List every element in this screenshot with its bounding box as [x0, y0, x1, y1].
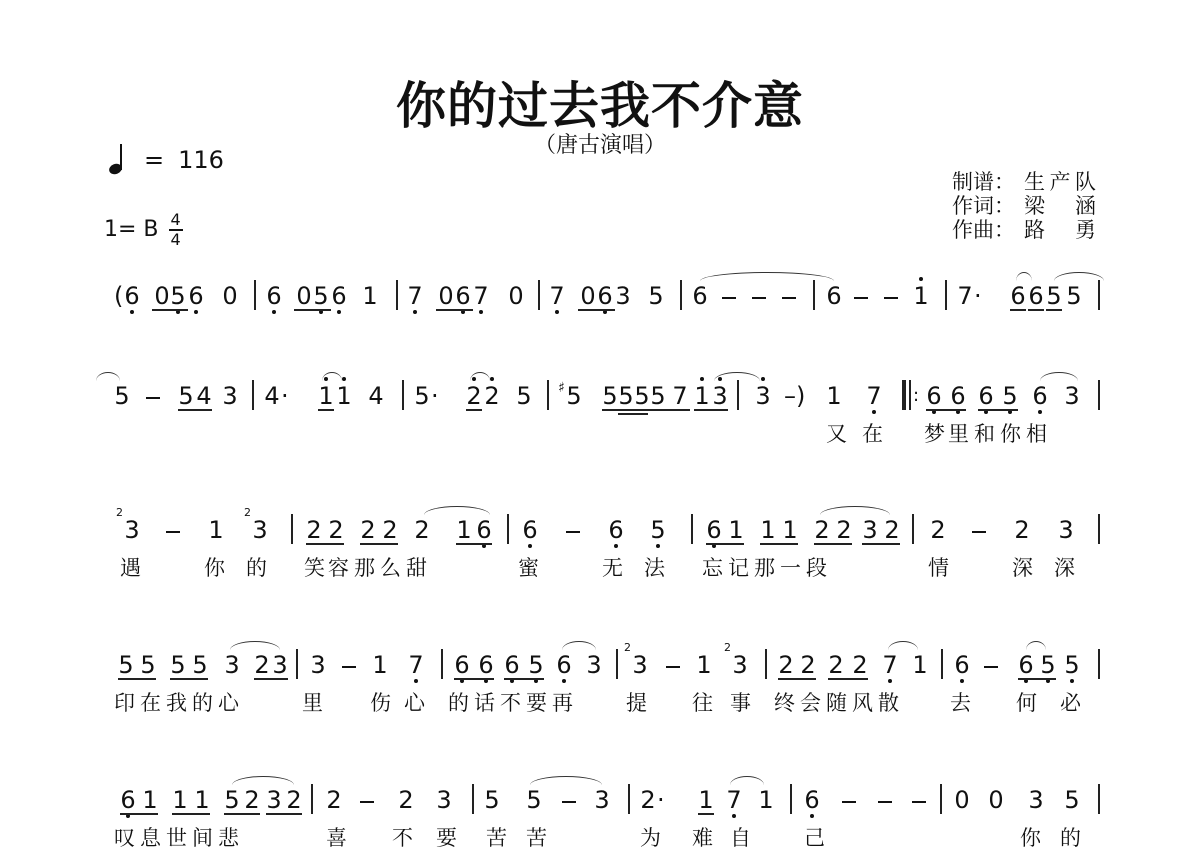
barline [680, 280, 682, 310]
underline-beam [978, 409, 1018, 411]
note: 7 [882, 651, 898, 679]
underline-beam [862, 543, 900, 545]
barline [628, 784, 630, 814]
dash [360, 801, 374, 803]
low-octave-dot [510, 679, 514, 683]
barline [1098, 380, 1100, 410]
note: 5 [114, 382, 130, 410]
underline-beam [456, 543, 492, 545]
low-octave-dot [562, 679, 566, 683]
lyric: 么 [380, 552, 401, 582]
underline-beam [152, 309, 188, 311]
lyric: 里 [302, 687, 323, 717]
low-octave-dot [414, 679, 418, 683]
credits: 制谱： 生产队 作词： 梁涵 作曲： 路勇 [952, 170, 1096, 242]
note: 5 [602, 382, 618, 410]
underline-beam [120, 813, 158, 815]
note: 3 [310, 651, 326, 679]
note: 1 [758, 786, 774, 814]
note: 6 [120, 786, 136, 814]
barline [1098, 649, 1100, 679]
lyric: 随 [826, 687, 847, 717]
lyric: 那 [354, 552, 375, 582]
note: 3 [712, 382, 728, 410]
note: 1 [913, 282, 929, 310]
grace-note: 2 [624, 641, 631, 654]
barline [441, 649, 443, 679]
lyric: 再 [552, 687, 573, 717]
note: 6 [455, 282, 471, 310]
underline-beam [1018, 678, 1056, 680]
slur [530, 776, 602, 785]
lyric: 散 [878, 687, 899, 717]
note: 1 [362, 282, 378, 310]
dash [666, 666, 680, 668]
note: 3 [615, 282, 631, 310]
note: 1 [696, 651, 712, 679]
key-signature: 1= B 4 4 [104, 212, 183, 248]
repeat-start-barline [902, 380, 906, 410]
note: 0 [154, 282, 170, 310]
low-octave-dot [484, 679, 488, 683]
credit-lyricist: 作词： 梁涵 [952, 194, 1096, 218]
lyric: 必 [1060, 687, 1081, 717]
lyric: 息 [140, 822, 161, 850]
note: 3 [436, 786, 452, 814]
note: 2 [1014, 516, 1030, 544]
underline-beam [172, 813, 210, 815]
lyric: 情 [928, 552, 949, 582]
lyric: 容 [328, 552, 349, 582]
high-octave-dot [342, 377, 346, 381]
note: 5 [118, 651, 134, 679]
note: 1 [142, 786, 158, 814]
lyric: 里 [948, 418, 969, 448]
dash [878, 801, 892, 803]
note: 3 [594, 786, 610, 814]
underline-beam [1010, 309, 1026, 311]
slur [96, 372, 120, 381]
notation-symbol: ( [114, 282, 123, 310]
grace-note: 2 [724, 641, 731, 654]
note: 1 [760, 516, 776, 544]
barline [296, 649, 298, 679]
lyric: 不 [392, 822, 413, 850]
underline-beam [466, 409, 482, 411]
note: 2 [398, 786, 414, 814]
lyric: 的 [448, 687, 469, 717]
underline-beam [294, 309, 331, 311]
lyric: 在 [862, 418, 883, 448]
dash [884, 297, 898, 299]
slur [1040, 372, 1078, 381]
lyric: 事 [730, 687, 751, 717]
tempo-bpm: 116 [178, 146, 224, 174]
slur [322, 372, 342, 381]
note: 3 [586, 651, 602, 679]
note: 4 [368, 382, 384, 410]
low-octave-dot [534, 679, 538, 683]
note: 3 [1058, 516, 1074, 544]
dash [842, 801, 856, 803]
note: 3 [862, 516, 878, 544]
lyric: 深 [1012, 552, 1033, 582]
underline-beam [178, 409, 212, 411]
dash [722, 297, 736, 299]
note: 5 [170, 282, 186, 310]
low-octave-dot [732, 814, 736, 818]
barline [538, 280, 540, 310]
lyric: 你 [1000, 418, 1021, 448]
lyric: 甜 [406, 552, 427, 582]
lyric: 何 [1016, 687, 1037, 717]
note: 2 [382, 516, 398, 544]
note: 7 [726, 786, 742, 814]
note: 6 [954, 651, 970, 679]
dash [166, 531, 180, 533]
slur [888, 641, 918, 650]
high-octave-dot [490, 377, 494, 381]
low-octave-dot [319, 310, 323, 314]
barline [252, 380, 254, 410]
low-octave-dot [130, 310, 134, 314]
note: 1 [782, 516, 798, 544]
note: 5 [1002, 382, 1018, 410]
low-octave-dot [461, 310, 465, 314]
low-octave-dot [272, 310, 276, 314]
key-label: 1= B [104, 217, 159, 242]
note: 7 [957, 282, 973, 310]
low-octave-dot [413, 310, 417, 314]
note: 5 [192, 651, 208, 679]
lyric: 会 [800, 687, 821, 717]
note: 5 [1046, 282, 1062, 310]
lyric: 笑 [304, 552, 325, 582]
lyric: 的 [246, 552, 267, 582]
low-octave-dot [956, 410, 960, 414]
dash [752, 297, 766, 299]
lyric: 己 [804, 822, 825, 850]
low-octave-dot [1070, 679, 1074, 683]
note: 3 [1028, 786, 1044, 814]
low-octave-dot [1008, 410, 1012, 414]
underline-beam [760, 543, 798, 545]
note: 2 [640, 786, 656, 814]
lyric: 间 [192, 822, 213, 850]
note: 6 [926, 382, 942, 410]
lyric: 苦 [486, 822, 507, 850]
lyric: 要 [526, 687, 547, 717]
note: 6 [1032, 382, 1048, 410]
note: 7 [866, 382, 882, 410]
lyric: 又 [826, 418, 847, 448]
slur [230, 641, 280, 650]
lyric: 深 [1054, 552, 1075, 582]
underline-beam [306, 543, 344, 545]
low-octave-dot [888, 679, 892, 683]
high-octave-dot [761, 377, 765, 381]
note: 2 [828, 651, 844, 679]
lyric: 在 [140, 687, 161, 717]
lyric: 苦 [526, 822, 547, 850]
note: 6 [522, 516, 538, 544]
lyric: 提 [626, 687, 647, 717]
note: 3 [266, 786, 282, 814]
barline [311, 784, 313, 814]
tempo-marking: = 116 [108, 144, 224, 176]
low-octave-dot [460, 679, 464, 683]
slur [1054, 272, 1104, 281]
dash [782, 297, 796, 299]
note: 7 [672, 382, 688, 410]
note: 1 [318, 382, 334, 410]
note: 6 [950, 382, 966, 410]
note: 1 [826, 382, 842, 410]
note: 6 [1028, 282, 1044, 310]
dash [854, 297, 868, 299]
note: 2 [254, 651, 270, 679]
note: 1 [912, 651, 928, 679]
barline [912, 514, 914, 544]
lyric: 喜 [326, 822, 347, 850]
note: 3 [224, 651, 240, 679]
grace-note: 2 [244, 506, 251, 519]
lyric: 为 [640, 822, 661, 850]
barline [396, 280, 398, 310]
dash [984, 666, 998, 668]
slur [820, 506, 890, 515]
note: 6 [124, 282, 140, 310]
barline [472, 784, 474, 814]
note: 5 [178, 382, 194, 410]
note: 4 [264, 382, 280, 410]
note: 1 [172, 786, 188, 814]
note: 6 [556, 651, 572, 679]
note: 3 [124, 516, 140, 544]
note: 3 [1064, 382, 1080, 410]
underline-beam [778, 678, 816, 680]
barline [616, 649, 618, 679]
note: 5 [528, 651, 544, 679]
note: 6 [266, 282, 282, 310]
note: 5 [618, 382, 634, 410]
note: 1 [372, 651, 388, 679]
dash [342, 666, 356, 668]
note: 5 [1040, 651, 1056, 679]
note: 6 [978, 382, 994, 410]
low-octave-dot [194, 310, 198, 314]
credit-arranger: 制谱： 生产队 [952, 170, 1096, 194]
low-octave-dot [1024, 679, 1028, 683]
note: 0 [988, 786, 1004, 814]
note: 0 [508, 282, 524, 310]
lyric: 那 [754, 552, 775, 582]
note: 1 [456, 516, 472, 544]
note: 6 [706, 516, 722, 544]
underline-beam [814, 543, 852, 545]
note: 3 [755, 382, 771, 410]
note: 1 [698, 786, 714, 814]
underline-beam [224, 813, 260, 815]
note: 2 [360, 516, 376, 544]
lyric: 自 [730, 822, 751, 850]
low-octave-dot [1038, 410, 1042, 414]
slur [730, 776, 764, 785]
note: 5 [650, 382, 666, 410]
barline [507, 514, 509, 544]
lyric: 要 [436, 822, 457, 850]
lyric: 往 [692, 687, 713, 717]
note: 7 [473, 282, 489, 310]
notation-symbol: · [657, 786, 665, 814]
barline [402, 380, 404, 410]
lyric: 悲 [218, 822, 239, 850]
note: 6 [826, 282, 842, 310]
barline [1098, 514, 1100, 544]
lyric: 法 [644, 552, 665, 582]
note: 6 [608, 516, 624, 544]
dash [972, 531, 986, 533]
lyric: 蜜 [518, 552, 539, 582]
note: 3 [272, 651, 288, 679]
note: 5 [566, 382, 582, 410]
time-signature: 4 4 [169, 212, 183, 248]
low-octave-dot [126, 814, 130, 818]
low-octave-dot [337, 310, 341, 314]
note: 5 [516, 382, 532, 410]
lyric: 难 [692, 822, 713, 850]
high-octave-dot [700, 377, 704, 381]
barline [1098, 280, 1100, 310]
low-octave-dot [656, 544, 660, 548]
underline-beam [360, 543, 398, 545]
note: 5 [1064, 651, 1080, 679]
lyric: 记 [728, 552, 749, 582]
note: 2 [286, 786, 302, 814]
dash [566, 531, 580, 533]
lyric: 的 [1060, 822, 1081, 850]
lyric: 相 [1026, 418, 1047, 448]
lyric: 心 [218, 687, 239, 717]
lyric: 叹 [114, 822, 135, 850]
lyric: 印 [114, 687, 135, 717]
low-octave-dot [176, 310, 180, 314]
barline [941, 649, 943, 679]
notation-symbol: · [431, 382, 439, 410]
credit-composer: 作曲： 路勇 [952, 218, 1096, 242]
slur [1026, 641, 1046, 650]
note: 3 [732, 651, 748, 679]
note: 6 [597, 282, 613, 310]
note: 2 [884, 516, 900, 544]
note: 6 [478, 651, 494, 679]
note: 2 [244, 786, 260, 814]
note: 2 [814, 516, 830, 544]
lyric: 的 [192, 687, 213, 717]
double-beam [618, 413, 648, 415]
underline-beam [698, 813, 714, 815]
underline-beam [694, 409, 728, 411]
lyric: 遇 [120, 552, 141, 582]
lyric: 终 [774, 687, 795, 717]
barline [547, 380, 549, 410]
note: 6 [504, 651, 520, 679]
low-octave-dot [614, 544, 618, 548]
lyric: 你 [204, 552, 225, 582]
note: 1 [208, 516, 224, 544]
note: 5 [140, 651, 156, 679]
note: 2 [326, 786, 342, 814]
notation-symbol: –) [784, 382, 805, 410]
slur [562, 641, 596, 650]
barline [1098, 784, 1100, 814]
underline-beam [436, 309, 473, 311]
slur [1016, 272, 1032, 281]
note: 2 [328, 516, 344, 544]
low-octave-dot [932, 410, 936, 414]
lyric: 和 [974, 418, 995, 448]
note: 2 [484, 382, 500, 410]
note: 2 [930, 516, 946, 544]
low-octave-dot [482, 544, 486, 548]
underline-beam [118, 678, 156, 680]
barline [254, 280, 256, 310]
underline-beam [578, 309, 615, 311]
note: 0 [580, 282, 596, 310]
barline [909, 380, 911, 410]
note: 2 [414, 516, 430, 544]
low-octave-dot [479, 310, 483, 314]
note: 5 [313, 282, 329, 310]
note: 0 [296, 282, 312, 310]
dash [562, 801, 576, 803]
note: 1 [194, 786, 210, 814]
dash [912, 801, 926, 803]
note: 5 [634, 382, 650, 410]
low-octave-dot [960, 679, 964, 683]
note: 0 [438, 282, 454, 310]
note: 2 [466, 382, 482, 410]
high-octave-dot [919, 277, 923, 281]
barline [945, 280, 947, 310]
lyric: 不 [500, 687, 521, 717]
underline-beam [828, 678, 868, 680]
note: 6 [1010, 282, 1026, 310]
tempo-equals: = [144, 146, 164, 174]
note: 3 [632, 651, 648, 679]
note: 2 [800, 651, 816, 679]
underline-beam [926, 409, 966, 411]
grace-note: 2 [116, 506, 123, 519]
low-octave-dot [603, 310, 607, 314]
underline-beam [454, 678, 494, 680]
note: 7 [407, 282, 423, 310]
note: 6 [454, 651, 470, 679]
lyric: 我 [166, 687, 187, 717]
low-octave-dot [712, 544, 716, 548]
underline-beam [266, 813, 302, 815]
barline [813, 280, 815, 310]
barline [291, 514, 293, 544]
note: 6 [1018, 651, 1034, 679]
note: 1 [694, 382, 710, 410]
note: 0 [222, 282, 238, 310]
barline [765, 649, 767, 679]
note: 6 [804, 786, 820, 814]
barline [737, 380, 739, 410]
low-octave-dot [984, 410, 988, 414]
lyric: 忘 [702, 552, 723, 582]
